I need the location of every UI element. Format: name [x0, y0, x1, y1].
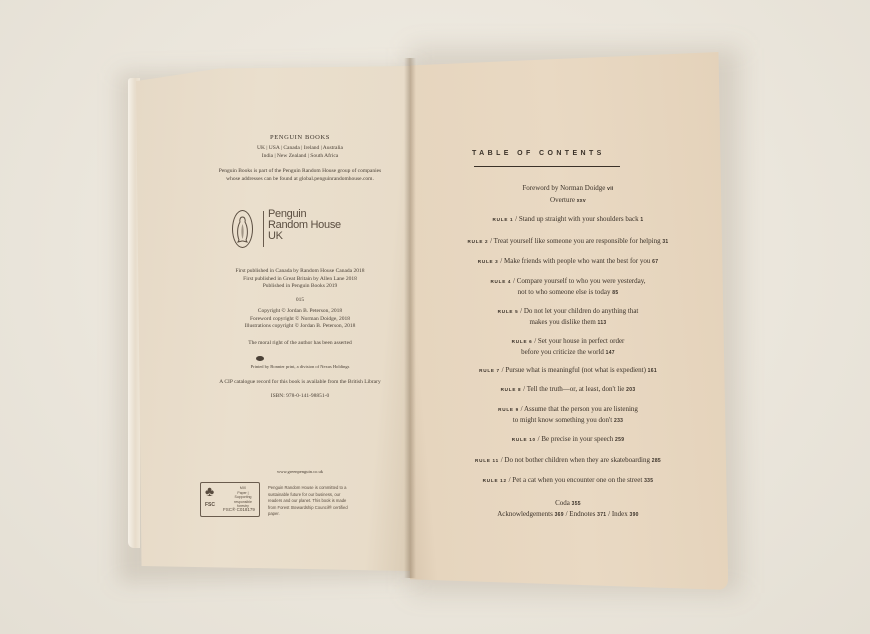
rule-title: Make friends with people who want the be… — [504, 257, 650, 265]
rule-number: 2 — [485, 239, 488, 244]
penguin-icon — [232, 210, 253, 248]
fsc-label: FSC — [205, 502, 215, 508]
toc-back-matter: Acknowledgements 369 / Endnotes 371 / In… — [418, 509, 718, 521]
countries-line: India | New Zealand | South Africa — [180, 153, 420, 161]
printer-credit: Printed by Bonnier print, a division of … — [180, 363, 420, 371]
rule-number: 6 — [529, 339, 532, 344]
toc-page-number: xxv — [577, 198, 586, 204]
rule-number: 8 — [518, 387, 521, 392]
isbn: ISBN: 978-0-141-98851-0 — [180, 393, 420, 401]
toc-rule-9: RULE 9 / Assume that the person you are … — [418, 404, 718, 427]
toc-page-number: 355 — [572, 501, 581, 507]
toc-page-number: 285 — [652, 458, 661, 464]
toc-rule-2: RULE 2 / Treat yourself like someone you… — [418, 236, 718, 248]
rule-label: RULE — [498, 309, 514, 314]
group-note: Penguin Books is part of the Penguin Ran… — [180, 168, 420, 183]
fsc-mix-sub: Paper | Supporting — [229, 491, 257, 500]
fsc-mix: MIX Paper | Supporting responsible fores… — [229, 486, 257, 509]
toc-entry-text: Overture — [550, 196, 575, 204]
rule-title: Assume that the person you are listening — [524, 405, 638, 413]
group-note-line: Penguin Books is part of the Penguin Ran… — [180, 168, 420, 176]
fsc-logo: ♣ FSC MIX Paper | Supporting responsible… — [200, 482, 260, 517]
rule-label: RULE — [512, 437, 528, 442]
rule-number: 11 — [492, 458, 498, 463]
fsc-statement: Penguin Random House is committed to a s… — [268, 485, 350, 518]
rule-number: 12 — [500, 478, 507, 483]
rule-title: Do not bother children when they are ska… — [504, 456, 650, 464]
toc-entry-text: Acknowledgements — [497, 510, 553, 518]
rule-label: RULE — [483, 478, 499, 483]
rule-title: Be precise in your speech — [541, 435, 613, 443]
edition-line: First published in Canada by Random Hous… — [180, 268, 420, 276]
toc-page-number: 113 — [598, 320, 607, 326]
printer-logo-icon — [256, 356, 264, 361]
rule-title: Pursue what is meaningful (not what is e… — [505, 366, 646, 374]
toc-page-number: 1 — [640, 217, 643, 223]
toc-rule-12: RULE 12 / Pet a cat when you encounter o… — [418, 475, 718, 487]
toc-title: TABLE OF CONTENTS — [472, 150, 622, 157]
toc-rule-8: RULE 8 / Tell the truth—or, at least, do… — [418, 384, 718, 396]
toc-overture: Overture xxv — [418, 195, 718, 207]
rule-title-cont: to might know something you don't — [513, 416, 612, 424]
toc-entry-text: Index — [612, 510, 628, 518]
rule-title: Set your house in perfect order — [538, 337, 625, 345]
toc-rule-6: RULE 6 / Set your house in perfect order… — [418, 336, 718, 359]
toc-page-number: 147 — [606, 350, 615, 356]
rule-title: Treat yourself like someone you are resp… — [494, 237, 661, 245]
toc-page-number: 31 — [662, 239, 668, 245]
rule-label: RULE — [479, 368, 495, 373]
toc-page-number: 259 — [615, 437, 624, 443]
toc-page-number: 369 — [555, 512, 564, 518]
toc-rule-10: RULE 10 / Be precise in your speech 259 — [418, 434, 718, 446]
rule-label: RULE — [475, 458, 491, 463]
edition-line: Published in Penguin Books 2019 — [180, 283, 420, 291]
toc-rule-5: RULE 5 / Do not let your children do any… — [418, 306, 718, 329]
rule-title: Compare yourself to who you were yesterd… — [517, 277, 646, 285]
logo-text: Penguin Random House UK — [268, 209, 341, 242]
rule-label: RULE — [467, 239, 483, 244]
rule-label: RULE — [501, 387, 517, 392]
rule-number: 3 — [495, 259, 498, 264]
rule-number: 10 — [529, 437, 536, 442]
copyright-notices: Copyright © Jordan B. Peterson, 2018 For… — [180, 308, 420, 331]
rule-number: 5 — [515, 309, 518, 314]
rule-number: 9 — [516, 407, 519, 412]
moral-rights: The moral right of the author has been a… — [180, 340, 420, 348]
toc-page-number: vii — [607, 186, 613, 192]
toc-page-number: 161 — [648, 368, 657, 374]
rule-label: RULE — [490, 279, 506, 284]
rule-label: RULE — [498, 407, 514, 412]
rule-label: RULE — [493, 217, 509, 222]
group-note-line: whose addresses can be found at global.p… — [180, 176, 420, 184]
cip-record: A CIP catalogue record for this book is … — [180, 379, 420, 387]
rule-number: 4 — [508, 279, 511, 284]
penguin-random-house-logo: Penguin Random House UK — [228, 207, 358, 252]
toc-foreword: Foreword by Norman Doidge vii — [418, 183, 718, 195]
fsc-code: FSC® C018179 — [223, 507, 255, 512]
toc-page-number: 67 — [652, 259, 658, 265]
publisher-countries: UK | USA | Canada | Ireland | Australia … — [180, 145, 420, 160]
toc-rule-11: RULE 11 / Do not bother children when th… — [418, 455, 718, 467]
edition-history: First published in Canada by Random Hous… — [180, 268, 420, 291]
rule-label: RULE — [478, 259, 494, 264]
toc-page-number: 335 — [644, 478, 653, 484]
toc-entry-text: Endnotes — [569, 510, 595, 518]
rule-title: Tell the truth—or, at least, don't lie — [527, 385, 625, 393]
toc-page-number: 390 — [630, 512, 639, 518]
copyright-line: Foreword copyright © Norman Doidge, 2018 — [180, 316, 420, 324]
toc-page-number: 371 — [597, 512, 606, 518]
rule-title: Pet a cat when you encounter one on the … — [512, 476, 642, 484]
rule-title-cont: before you criticize the world — [521, 348, 604, 356]
print-number: 015 — [180, 297, 420, 305]
logo-line: UK — [268, 231, 341, 242]
rule-title-cont: not to who someone else is today — [518, 288, 611, 296]
publisher-title: PENGUIN BOOKS — [180, 134, 420, 141]
toc-entry-text: Foreword by Norman Doidge — [522, 184, 605, 192]
rule-title-cont: makes you dislike them — [529, 318, 595, 326]
toc-page-number: 203 — [626, 387, 635, 393]
copyright-line: Copyright © Jordan B. Peterson, 2018 — [180, 308, 420, 316]
edition-line: First published in Great Britain by Alle… — [180, 276, 420, 284]
toc-page-number: 85 — [612, 290, 618, 296]
toc-entry-text: Coda — [555, 499, 570, 507]
copyright-line: Illustrations copyright © Jordan B. Pete… — [180, 323, 420, 331]
rule-label: RULE — [512, 339, 528, 344]
toc-page-number: 233 — [614, 418, 623, 424]
website: www.greenpenguin.co.uk — [180, 468, 420, 476]
toc-rule-1: RULE 1 / Stand up straight with your sho… — [418, 214, 718, 226]
toc-rule-7: RULE 7 / Pursue what is meaningful (not … — [418, 365, 718, 377]
rule-title: Do not let your children do anything tha… — [524, 307, 639, 315]
rule-number: 1 — [510, 217, 513, 222]
countries-line: UK | USA | Canada | Ireland | Australia — [180, 145, 420, 153]
rule-number: 7 — [497, 368, 500, 373]
rule-title: Stand up straight with your shoulders ba… — [519, 215, 639, 223]
logo-divider — [263, 211, 264, 247]
toc-underline — [474, 166, 620, 167]
tree-icon: ♣ — [205, 486, 214, 500]
toc-rule-3: RULE 3 / Make friends with people who wa… — [418, 256, 718, 268]
toc-rule-4: RULE 4 / Compare yourself to who you wer… — [418, 276, 718, 299]
